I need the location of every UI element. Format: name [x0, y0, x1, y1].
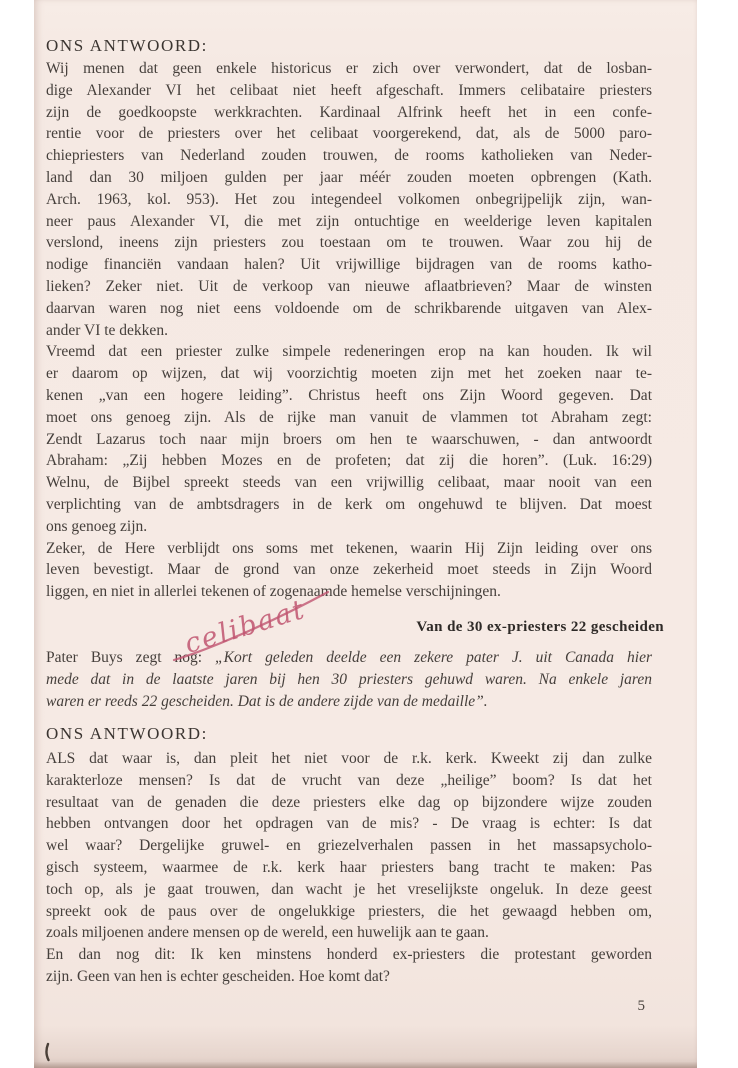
text-line: hebben ontvangen door het opdragen van d… [46, 813, 652, 835]
text-line: leven bevestigt. Maar de grond van onze … [46, 559, 652, 581]
ink-mark [44, 1042, 52, 1062]
text-line: gisch systeem, waarmee de r.k. kerk haar… [46, 857, 652, 879]
text-line: liggen, en niet in allerlei tekenen of z… [46, 581, 652, 603]
quote-lead: Pater Buys zegt nog: [46, 649, 202, 666]
text-line: Zendt Lazarus toch naar mijn broers om h… [46, 429, 652, 451]
book-page: ONS ANTWOORD: Wij menen dat geen enkele … [34, 0, 697, 1068]
text-line: er daarom op wijzen, dat wij voorzichtig… [46, 363, 652, 385]
section-heading-second: ONS ANTWOORD: [46, 722, 652, 746]
text-line: zijn de goedkoopste werkkrachten. Kardin… [46, 102, 652, 124]
paragraph-en-dan-nog-dit: En dan nog dit: Ik ken minstens honderd … [46, 944, 652, 988]
text-line: toch op, als je gaat trouwen, dan wacht … [46, 879, 652, 901]
text-line: zijn. Geen van hen is echter gescheiden.… [46, 966, 652, 988]
text-line: Pater Buys zegt nog: „Kort geleden deeld… [46, 647, 652, 669]
text-line: resultaat van de genaden die deze priest… [46, 792, 652, 814]
text-line: moet ons genoeg zijn. Als de rijke man v… [46, 407, 652, 429]
text-line: daarvan waren nog niet eens voldoende om… [46, 298, 652, 320]
text-line: neer paus Alexander VI, die met zijn ont… [46, 211, 652, 233]
section-heading-first: ONS ANTWOORD: [46, 34, 652, 58]
text-line: Wij menen dat geen enkele historicus er … [46, 58, 652, 80]
text-line: Welnu, de Bijbel spreekt steeds van een … [46, 472, 652, 494]
text-line: spreekt ook de paus over de ongelukkige … [46, 901, 652, 923]
text-line: waren er reeds 22 gescheiden. Dat is de … [46, 691, 652, 713]
text-line: ander VI te dekken. [46, 320, 652, 342]
text-line: Abraham: „Zij hebben Mozes en de profete… [46, 450, 652, 472]
text-line: mede dat in de laatste jaren bij hen 30 … [46, 669, 652, 691]
text-line: land dan 30 miljoen gulden per jaar méér… [46, 167, 652, 189]
text-line: rentie voor de priesters over het celiba… [46, 123, 652, 145]
text-line: zoals miljoenen andere mensen op de were… [46, 922, 652, 944]
text-line: ons genoeg zijn. [46, 516, 652, 538]
page-text-block: ONS ANTWOORD: Wij menen dat geen enkele … [46, 34, 652, 1017]
text-line: wel waar? Dergelijke gruwel- en griezelv… [46, 835, 652, 857]
text-line: ALS dat waar is, dan pleit het niet voor… [46, 748, 652, 770]
text-line: En dan nog dit: Ik ken minstens honderd … [46, 944, 652, 966]
text-line: verplichting van de ambtsdragers in de k… [46, 494, 652, 516]
text-line: nodige financiën vandaan halen? Uit vrij… [46, 254, 652, 276]
text-line: kenen „van een hogere leiding”. Christus… [46, 385, 652, 407]
text-line: dige Alexander VI het celibaat niet heef… [46, 80, 652, 102]
quote-italic-start: „Kort geleden deelde een zekere pater J.… [215, 649, 652, 666]
text-line: Arch. 1963, kol. 953). Het zou integende… [46, 189, 652, 211]
page-number: 5 [46, 996, 646, 1018]
paragraph-historicus: Wij menen dat geen enkele historicus er … [46, 58, 652, 341]
text-line: lieken? Zeker niet. Uit de verkoop van n… [46, 276, 652, 298]
text-line: Vreemd dat een priester zulke simpele re… [46, 341, 652, 363]
text-line: chiepriesters van Nederland zouden trouw… [46, 145, 652, 167]
text-line: Zeker, de Here verblijdt ons soms met te… [46, 538, 652, 560]
text-line: verslond, ineens zijn priesters zou toes… [46, 232, 652, 254]
paragraph-als-dat-waar-is: ALS dat waar is, dan pleit het niet voor… [46, 748, 652, 944]
subheading-ex-priesters: Van de 30 ex-priesters 22 gescheiden [46, 617, 664, 637]
paragraph-quote-pater-buys: Pater Buys zegt nog: „Kort geleden deeld… [46, 647, 652, 713]
paragraph-vreemd: Vreemd dat een priester zulke simpele re… [46, 341, 652, 537]
paragraph-zeker: Zeker, de Here verblijdt ons soms met te… [46, 538, 652, 603]
ink-mark-stroke [47, 1044, 49, 1060]
text-line: karakterloze mensen? Is dat de vrucht va… [46, 770, 652, 792]
